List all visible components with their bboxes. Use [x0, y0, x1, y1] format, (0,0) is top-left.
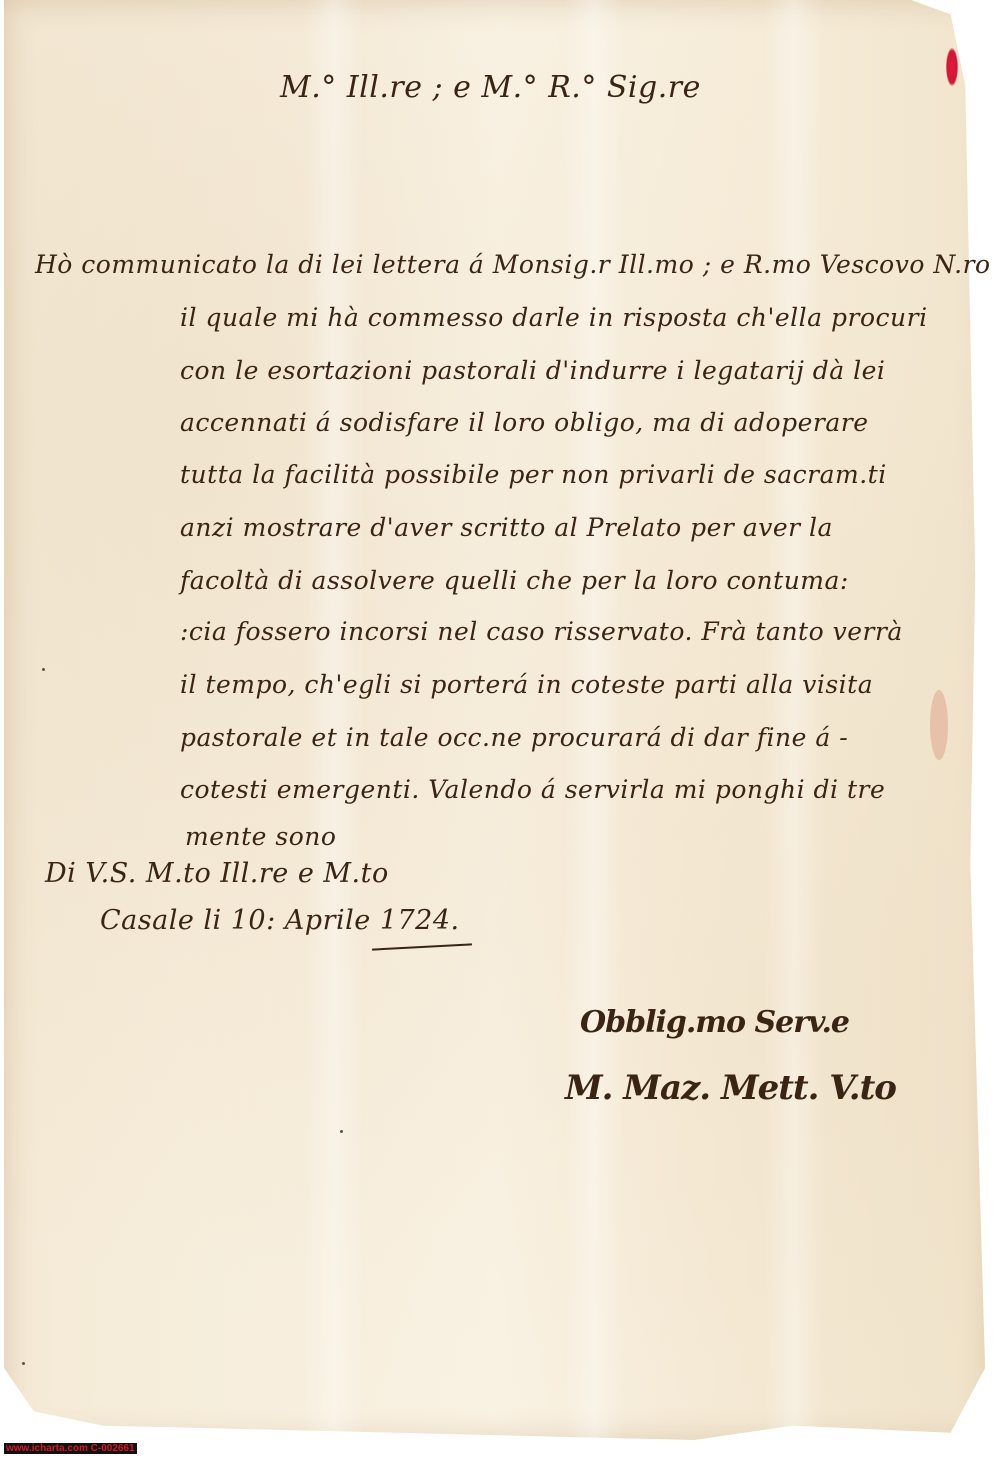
- body-line: Hò communicato la di lei lettera á Monsi…: [35, 250, 991, 279]
- paper-fold: [764, 0, 824, 1440]
- body-line: anzi mostrare d'aver scritto al Prelato …: [180, 513, 833, 542]
- signature-line-1: Obblig.mo Serv.e: [580, 1005, 849, 1040]
- ink-speck: [22, 1362, 25, 1365]
- body-line: accennati á sodisfare il loro obligo, ma…: [180, 408, 869, 437]
- paper-fold: [304, 0, 364, 1440]
- body-line: il quale mi hà commesso darle in rispost…: [180, 303, 928, 332]
- body-line: con le esortazioni pastorali d'indurre i…: [180, 356, 885, 385]
- ink-speck: [42, 668, 45, 671]
- body-line: mente sono: [185, 822, 336, 851]
- body-line: il tempo, ch'egli si porterá in coteste …: [180, 670, 873, 699]
- body-line: cotesti emergenti. Valendo á servirla mi…: [180, 775, 885, 804]
- paper-fold: [564, 0, 624, 1440]
- body-line: :cia fossero incorsi nel caso risservato…: [180, 617, 903, 646]
- edge-stain: [930, 690, 948, 760]
- body-line: tutta la facilità possibile per non priv…: [180, 460, 887, 489]
- body-line: facoltà di assolvere quelli che per la l…: [180, 566, 849, 595]
- ink-speck: [340, 1130, 343, 1133]
- salutation-heading: M.° Ill.re ; e M.° R.° Sig.re: [280, 70, 701, 105]
- place-date: Casale li 10: Aprile 1724.: [100, 905, 460, 936]
- closing-line: Di V.S. M.to Ill.re e M.to: [45, 858, 389, 889]
- place-date-text: Casale li 10: Aprile 1724.: [100, 905, 460, 936]
- watermark-label: www.icharta.com C-002661: [4, 1443, 137, 1454]
- body-line: pastorale et in tale occ.ne procurará di…: [180, 723, 848, 752]
- letter-paper: [4, 0, 990, 1440]
- red-seal-mark: [946, 48, 958, 86]
- signature-line-2: M. Maz. Mett. V.to: [565, 1068, 896, 1108]
